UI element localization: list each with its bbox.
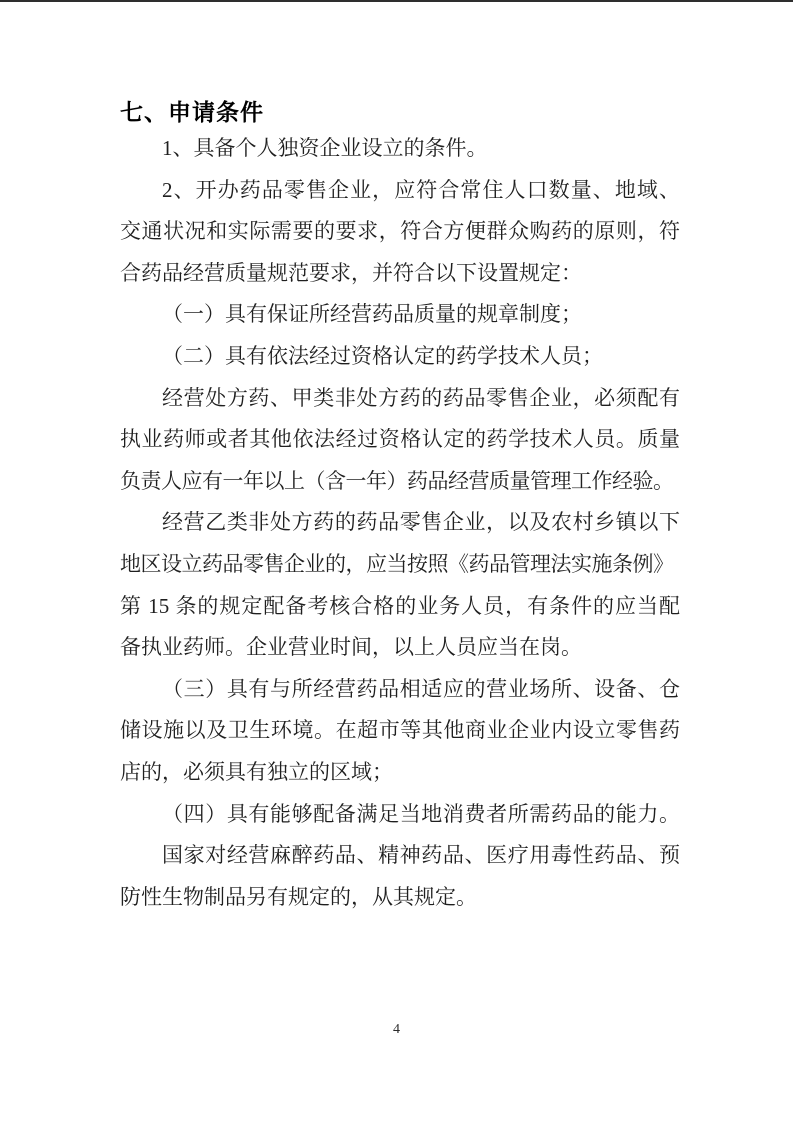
text-line: 国家对经营麻醉药品、精神药品、医疗用毒性药品、预 [120,835,680,877]
text-line: 店的，必须具有独立的区域； [120,752,680,794]
document-page: 七、申请条件 1、具备个人独资企业设立的条件。 2、开办药品零售企业，应符合常住… [0,0,793,1122]
text-line: 经营处方药、甲类非处方药的药品零售企业，必须配有 [120,378,680,420]
text-line: 储设施以及卫生环境。在超市等其他商业企业内设立零售药 [120,710,680,752]
text-line: （一）具有保证所经营药品质量的规章制度； [120,294,680,336]
section-heading: 七、申请条件 [120,96,680,128]
text-line: （三）具有与所经营药品相适应的营业场所、设备、仓 [120,669,680,711]
page-top-edge [0,0,793,2]
document-body: 1、具备个人独资企业设立的条件。 2、开办药品零售企业，应符合常住人口数量、地域… [120,128,680,918]
text-line: 第 15 条的规定配备考核合格的业务人员，有条件的应当配 [120,586,680,628]
text-line: 经营乙类非处方药的药品零售企业，以及农村乡镇以下 [120,502,680,544]
text-line: 负责人应有一年以上（含一年）药品经营质量管理工作经验。 [120,461,680,503]
text-line: 执业药师或者其他依法经过资格认定的药学技术人员。质量 [120,419,680,461]
text-line: 交通状况和实际需要的要求，符合方便群众购药的原则，符 [120,211,680,253]
text-line: （二）具有依法经过资格认定的药学技术人员； [120,336,680,378]
text-line: 1、具备个人独资企业设立的条件。 [120,128,680,170]
text-line: 防性生物制品另有规定的，从其规定。 [120,877,680,919]
page-number: 4 [0,1022,793,1038]
text-line: （四）具有能够配备满足当地消费者所需药品的能力。 [120,794,680,836]
text-line: 备执业药师。企业营业时间，以上人员应当在岗。 [120,627,680,669]
text-line: 合药品经营质量规范要求，并符合以下设置规定： [120,253,680,295]
text-line: 2、开办药品零售企业，应符合常住人口数量、地域、 [120,170,680,212]
text-line: 地区设立药品零售企业的，应当按照《药品管理法实施条例》 [120,544,680,586]
